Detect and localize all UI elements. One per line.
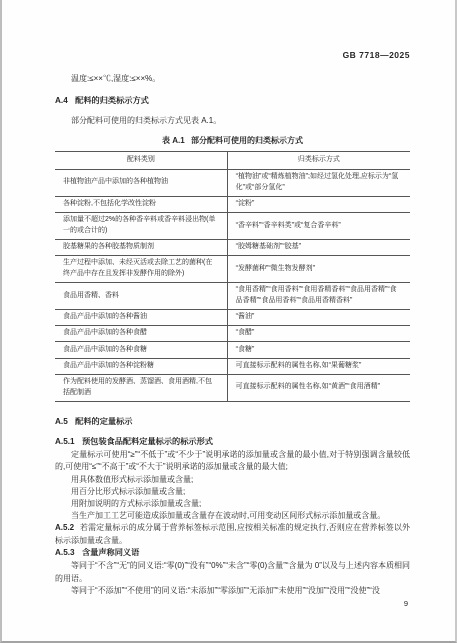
table-row: 非植物油产品中添加的各种植物油“植物油”或“精炼植物油”;如经过氢化处理,应标示… <box>55 169 410 196</box>
clause-a52-label: A.5.2 <box>55 523 74 532</box>
clause-a51-paragraph: 定量标示可使用“≥”“不低于”或“不少于”说明承诺的添加量或含量的最小值,对于特… <box>55 449 410 473</box>
labeling-method-cell: “酱油” <box>227 310 410 326</box>
labeling-method-cell: 可直接标示配料的属性名称,如“果葡糖浆” <box>227 358 410 374</box>
labeling-method-cell: “食用香精”“食用香料”“食用香精香料”“食品用香精”“食品香精”“食品用香料”… <box>227 283 410 310</box>
labeling-method-cell: “淀粉” <box>227 196 410 212</box>
clause-a53-title: 含量声称同义语 <box>82 548 139 557</box>
table-caption: 表 A.1部分配料可使用的归类标示方式 <box>55 136 410 146</box>
clause-a4-body: 部分配料可使用的归类标示方式见表 A.1。 <box>55 115 410 127</box>
labeling-method-cell: 可直接标示配料的属性名称,如“黄酒”“食用酒精” <box>227 374 410 401</box>
labeling-method-cell: “发酵菌种”“微生物发酵剂” <box>227 256 410 283</box>
labeling-method-cell: “植物油”或“精炼植物油”;如经过氢化处理,应标示为“氢化”或“部分氢化” <box>227 169 410 196</box>
table-header-row: 配料类别 归类标示方式 <box>55 152 410 169</box>
labeling-method-cell: “食糖” <box>227 342 410 358</box>
column-header-ingredient-category: 配料类别 <box>55 152 227 169</box>
table-row: 胶基糖果的各种胶基物质制剂“胶姆糖基础剂”“胶基” <box>55 239 410 255</box>
table-row: 食品产品中添加的各种淀粉糖可直接标示配料的属性名称,如“果葡糖浆” <box>55 358 410 374</box>
ingredient-category-cell: 生产过程中添加、未经灭活或去除工艺的菌种(在终产品中存在且发挥非发酵作用的除外) <box>55 256 227 283</box>
ingredient-category-cell: 食品产品中添加的各种食糖 <box>55 342 227 358</box>
document-page: GB 7718—2025 温度:≤××℃,湿度:≤××%。 A.4配料的归类标示… <box>0 0 457 643</box>
labeling-method-cell: “胶姆糖基础剂”“胶基” <box>227 239 410 255</box>
ingredient-category-cell: 非植物油产品中添加的各种植物油 <box>55 169 227 196</box>
clause-a51-title: 预包装食品配料定量标示的标示形式 <box>82 437 213 446</box>
table-caption-label: 表 A.1 <box>162 136 185 145</box>
clause-a51-paragraph: 当生产加工工艺可能造成添加量或含量存在波动时,可用变动区间形式标示添加量或含量。 <box>55 510 410 522</box>
clause-a53-paragraph: 等同于“不含”“无”的同义语:“零(0)”“没有”“0%”“未含”“零(0)含量… <box>55 560 410 584</box>
clause-a51-label: A.5.1 <box>55 437 75 446</box>
table-row: 添加量不超过2%的各种香辛料或香辛料浸出物(单一的或合计的)“香辛料”“香辛料类… <box>55 212 410 239</box>
table-row: 食品用香精、香料“食用香精”“食用香料”“食用香精香料”“食品用香精”“食品香精… <box>55 283 410 310</box>
clause-a53-paragraph: 等同于“不添加”“不使用”的同义语:“未添加”“零添加”“无添加”“未使用”“没… <box>55 585 410 597</box>
ingredient-category-cell: 食品产品中添加的各种淀粉糖 <box>55 358 227 374</box>
clause-a52-paragraph: A.5.2若需定量标示的成分属于营养标签标示范围,应按相关标准的规定执行,否则应… <box>55 522 410 546</box>
ingredient-category-cell: 胶基糖果的各种胶基物质制剂 <box>55 239 227 255</box>
clause-a51-heading: A.5.1预包装食品配料定量标示的标示形式 <box>55 436 410 447</box>
standard-number: GB 7718—2025 <box>55 50 410 60</box>
clause-a4-heading: A.4配料的归类标示方式 <box>55 95 410 106</box>
storage-condition-line: 温度:≤××℃,湿度:≤××%。 <box>55 73 410 85</box>
column-header-labeling-method: 归类标示方式 <box>227 152 410 169</box>
ingredient-category-cell: 食品用香精、香料 <box>55 283 227 310</box>
clause-a52-text: 若需定量标示的成分属于营养标签标示范围,应按相关标准的规定执行,否则应在营养标签… <box>55 523 410 544</box>
page-content: GB 7718—2025 温度:≤××℃,湿度:≤××%。 A.4配料的归类标示… <box>2 0 455 609</box>
clause-a5-title: 配料的定量标示 <box>75 417 132 426</box>
table-row: 食品产品中添加的各种食糖“食糖” <box>55 342 410 358</box>
page-number: 9 <box>55 599 410 609</box>
table-a1-body: 非植物油产品中添加的各种植物油“植物油”或“精炼植物油”;如经过氢化处理,应标示… <box>55 169 410 401</box>
clause-a4-title: 配料的归类标示方式 <box>75 96 149 105</box>
clause-a53-heading: A.5.3含量声称同义语 <box>55 547 410 558</box>
table-row: 食品产品中添加的各种酱油“酱油” <box>55 310 410 326</box>
clause-a5-label: A.5 <box>55 417 68 426</box>
table-a1-head: 配料类别 归类标示方式 <box>55 152 410 169</box>
ingredient-category-cell: 作为配料使用的发酵酒、蒸馏酒、食用酒精,不包括配制酒 <box>55 374 227 401</box>
table-row: 各种淀粉,不包括化学改性淀粉“淀粉” <box>55 196 410 212</box>
ingredient-category-cell: 食品产品中添加的各种酱油 <box>55 310 227 326</box>
ingredient-category-cell: 各种淀粉,不包括化学改性淀粉 <box>55 196 227 212</box>
clause-a51-paragraph: 用具体数值形式标示添加量或含量; <box>55 474 410 486</box>
table-caption-title: 部分配料可使用的归类标示方式 <box>191 136 303 145</box>
table-row: 生产过程中添加、未经灭活或去除工艺的菌种(在终产品中存在且发挥非发酵作用的除外)… <box>55 256 410 283</box>
table-row: 食品产品中添加的各种食醋“食醋” <box>55 326 410 342</box>
clause-a4-label: A.4 <box>55 96 68 105</box>
clause-a51-paragraph: 用附加说明的方式标示添加量或含量; <box>55 498 410 510</box>
ingredient-category-cell: 食品产品中添加的各种食醋 <box>55 326 227 342</box>
labeling-method-cell: “香辛料”“香辛料类”或“复合香辛料” <box>227 212 410 239</box>
table-a1: 配料类别 归类标示方式 非植物油产品中添加的各种植物油“植物油”或“精炼植物油”… <box>55 151 410 401</box>
ingredient-category-cell: 添加量不超过2%的各种香辛料或香辛料浸出物(单一的或合计的) <box>55 212 227 239</box>
clause-a5-heading: A.5配料的定量标示 <box>55 416 410 427</box>
table-row: 作为配料使用的发酵酒、蒸馏酒、食用酒精,不包括配制酒可直接标示配料的属性名称,如… <box>55 374 410 401</box>
clause-a51-paragraph: 用百分比形式标示添加量或含量; <box>55 486 410 498</box>
labeling-method-cell: “食醋” <box>227 326 410 342</box>
clause-a53-label: A.5.3 <box>55 548 75 557</box>
